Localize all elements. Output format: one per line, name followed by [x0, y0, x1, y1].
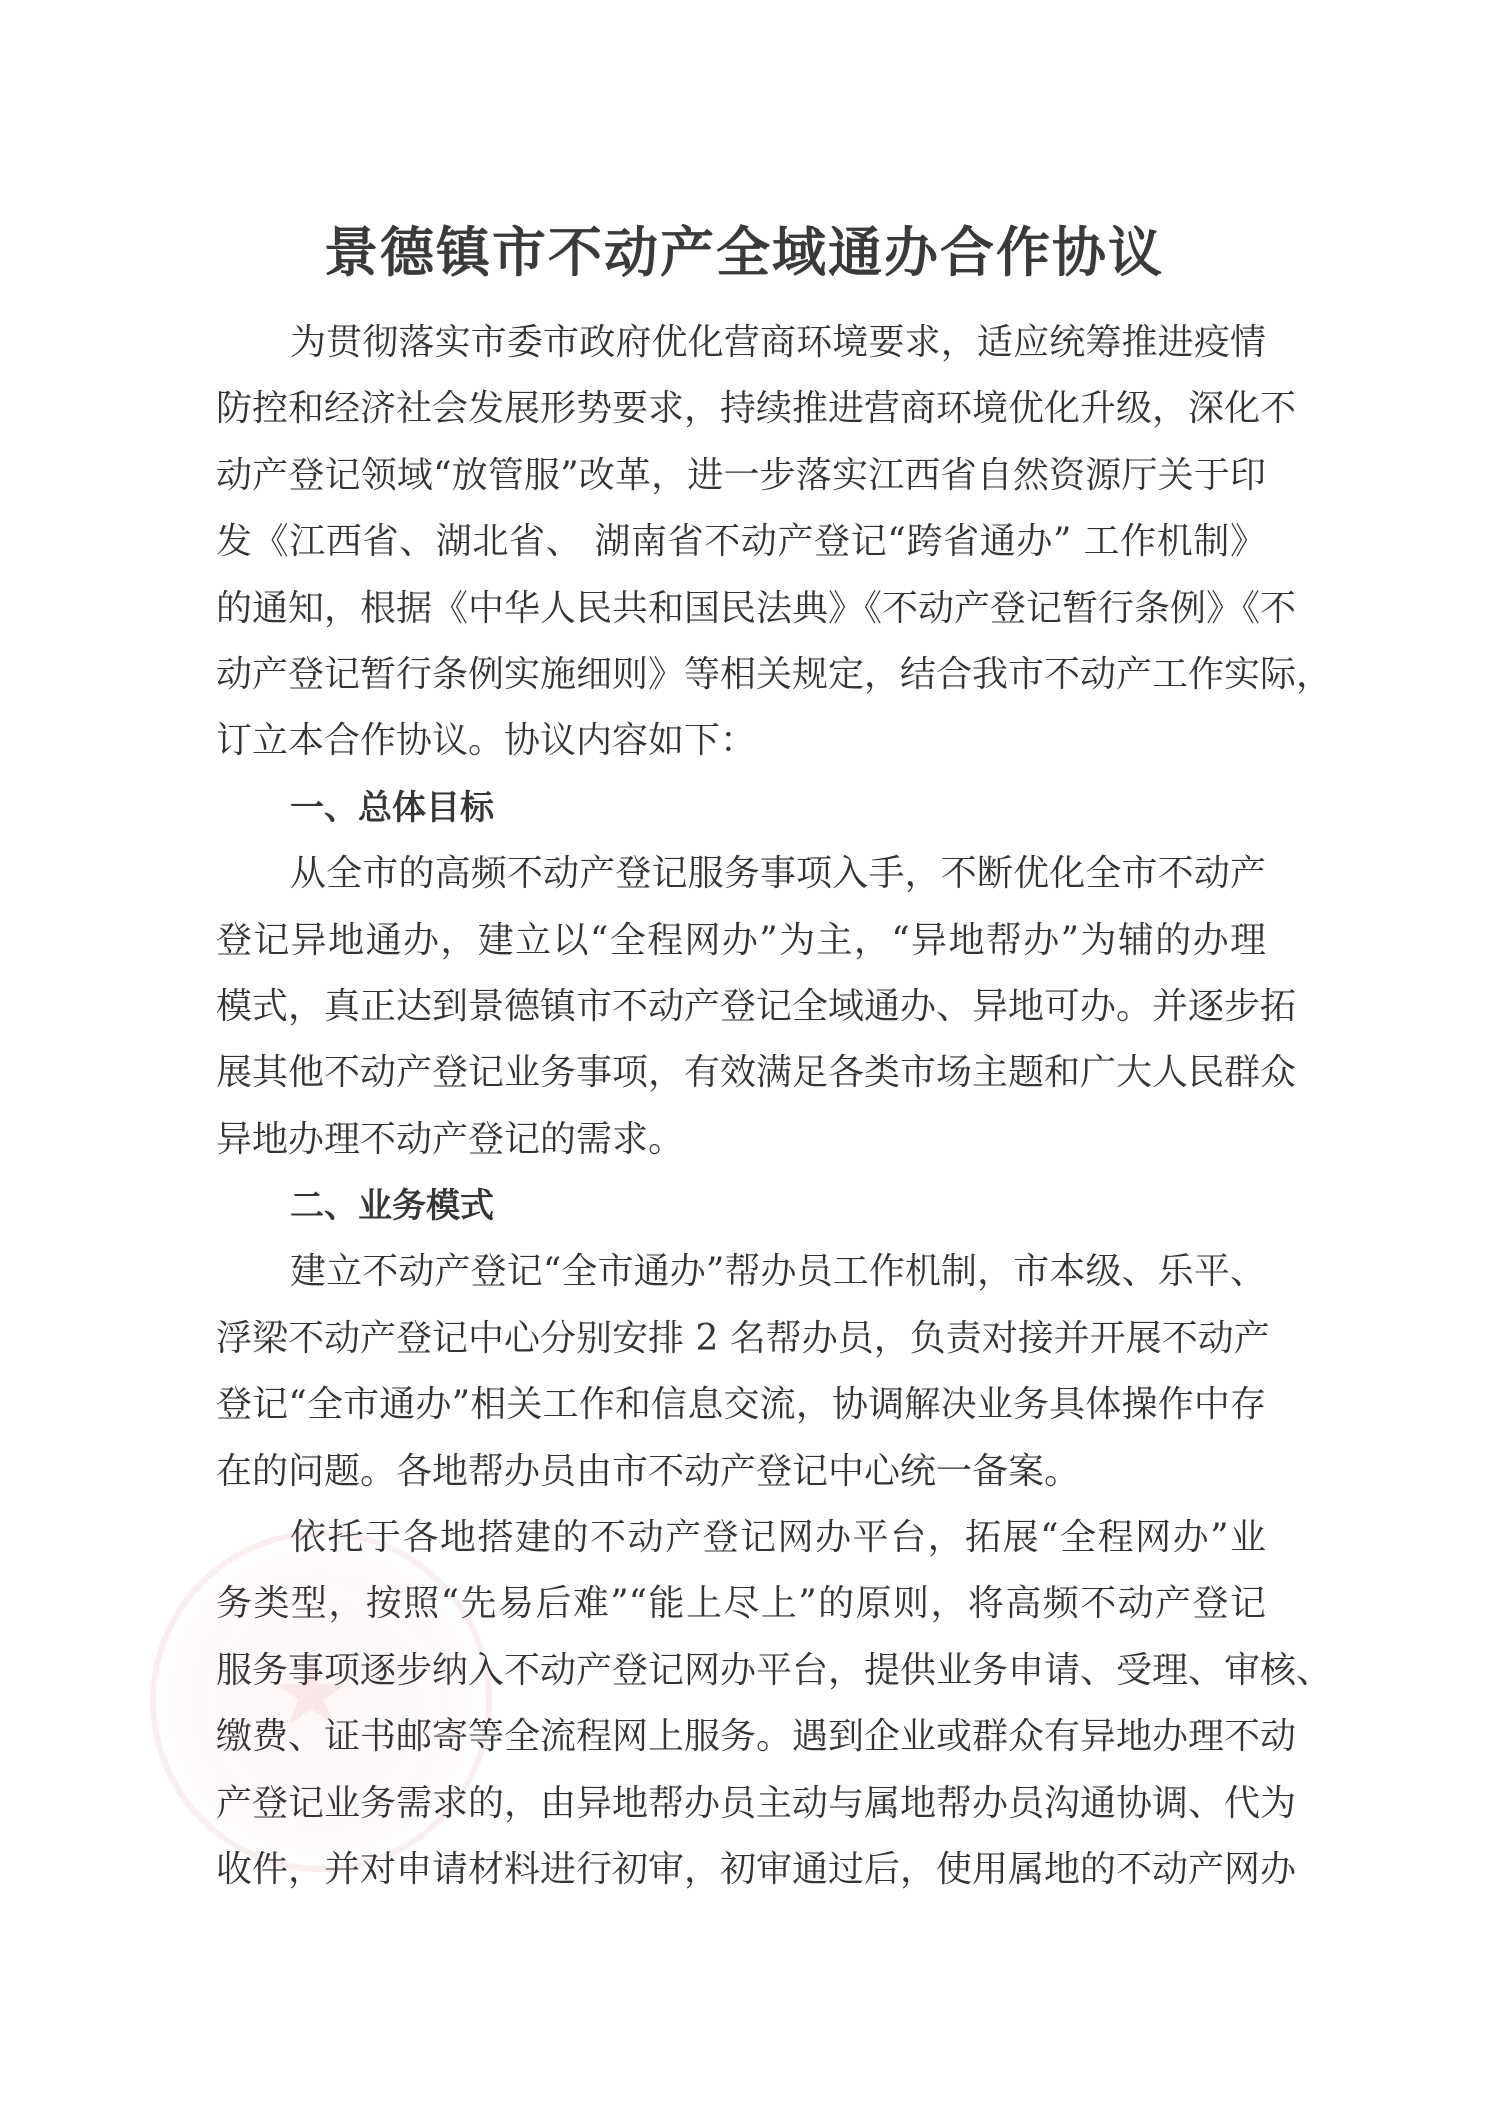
paragraph-line: 防控和经济社会发展形势要求，持续推进营商环境优化升级，深化不 — [216, 376, 1266, 442]
section-heading-business-mode: 二、业务模式 — [216, 1173, 1266, 1239]
paragraph-line: 动产登记领域“放管服”改革，进一步落实江西省自然资源厅关于印 — [216, 443, 1266, 509]
paragraph-line: 展其他不动产登记业务事项，有效满足各类市场主题和广大人民群众 — [216, 1040, 1266, 1106]
paragraph-line: 务类型，按照“先易后难”“能上尽上”的原则，将高频不动产登记 — [216, 1571, 1266, 1637]
document-body: 为贯彻落实市委市政府优化营商环境要求，适应统筹推进疫情 防控和经济社会发展形势要… — [216, 310, 1266, 1903]
paragraph-line: 异地办理不动产登记的需求。 — [216, 1107, 1266, 1173]
paragraph-line: 订立本合作协议。协议内容如下： — [216, 708, 1266, 774]
paragraph-line: 浮梁不动产登记中心分别安排 2 名帮办员，负责对接并开展不动产 — [216, 1306, 1266, 1372]
paragraph-line: 为贯彻落实市委市政府优化营商环境要求，适应统筹推进疫情 — [216, 310, 1266, 376]
paragraph-line: 的通知，根据《中华人民共和国民法典》《不动产登记暂行条例》《不 — [216, 576, 1266, 642]
paragraph-line: 产登记业务需求的，由异地帮办员主动与属地帮办员沟通协调、代为 — [216, 1771, 1266, 1837]
paragraph-line: 从全市的高频不动产登记服务事项入手，不断优化全市不动产 — [216, 841, 1266, 907]
paragraph-line: 发《江西省、湖北省、 湖南省不动产登记“跨省通办” 工作机制》 — [216, 509, 1266, 575]
section-heading-overall-goal: 一、总体目标 — [216, 775, 1266, 841]
paragraph-line: 动产登记暂行条例实施细则》等相关规定，结合我市不动产工作实际， — [216, 642, 1266, 708]
paragraph-line: 缴费、证书邮寄等全流程网上服务。遇到企业或群众有异地办理不动 — [216, 1704, 1266, 1770]
document-title: 景德镇市不动产全域通办合作协议 — [0, 218, 1488, 288]
paragraph-line: 登记异地通办，建立以“全程网办”为主，“异地帮办”为辅的办理 — [216, 908, 1266, 974]
paragraph-line: 收件，并对申请材料进行初审，初审通过后，使用属地的不动产网办 — [216, 1837, 1266, 1903]
paragraph-line: 依托于各地搭建的不动产登记网办平台，拓展“全程网办”业 — [216, 1505, 1266, 1571]
document-page: ★ 景德镇市不动产全域通办合作协议 为贯彻落实市委市政府优化营商环境要求，适应统… — [0, 0, 1488, 2106]
paragraph-line: 建立不动产登记“全市通办”帮办员工作机制，市本级、乐平、 — [216, 1239, 1266, 1305]
paragraph-line: 服务事项逐步纳入不动产登记网办平台，提供业务申请、受理、审核、 — [216, 1638, 1266, 1704]
paragraph-line: 模式，真正达到景德镇市不动产登记全域通办、异地可办。并逐步拓 — [216, 974, 1266, 1040]
paragraph-line: 在的问题。各地帮办员由市不动产登记中心统一备案。 — [216, 1439, 1266, 1505]
paragraph-line: 登记“全市通办”相关工作和信息交流，协调解决业务具体操作中存 — [216, 1372, 1266, 1438]
